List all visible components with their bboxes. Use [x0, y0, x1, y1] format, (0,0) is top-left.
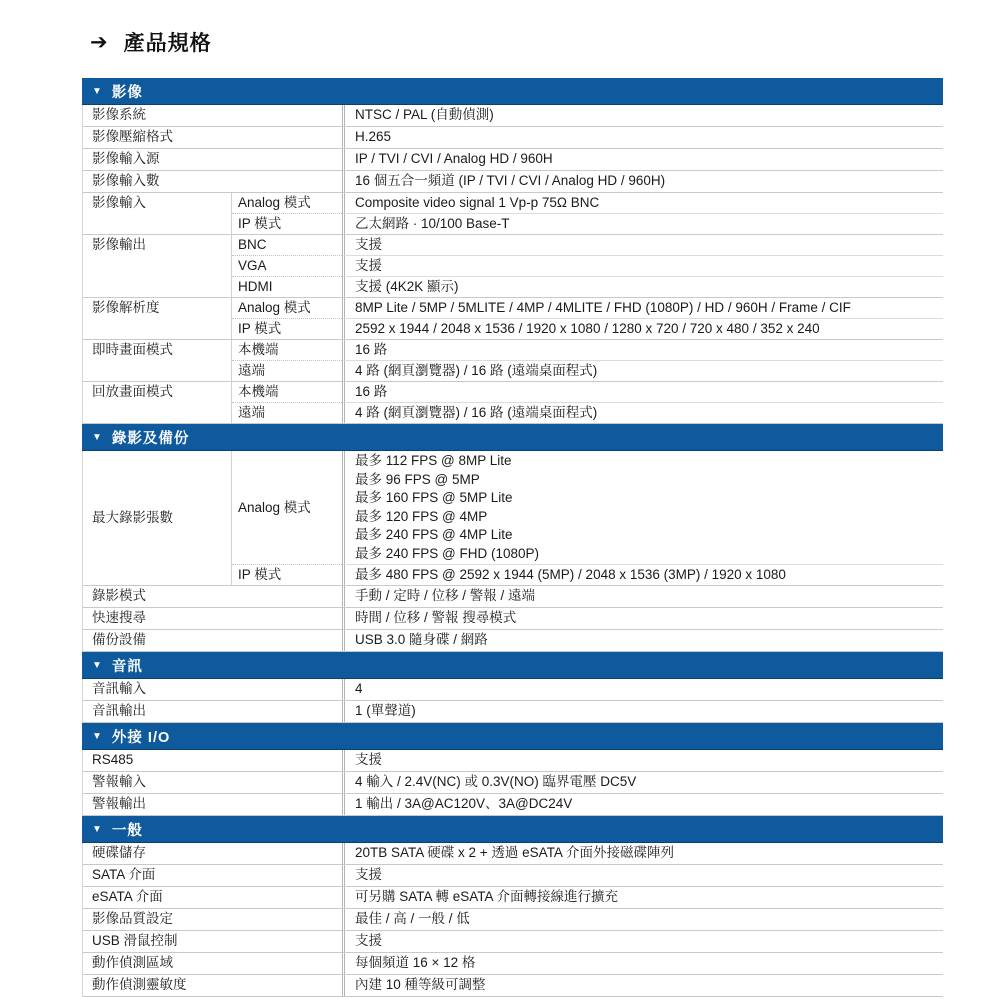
section-header: ▼ 一般 [82, 816, 943, 843]
spec-value: 可另購 SATA 轉 eSATA 介面轉接線進行擴充 [342, 887, 943, 908]
section-rows: RS485 支援 警報輸入 4 輸入 / 2.4V(NC) 或 0.3V(NO)… [82, 750, 943, 816]
fps-line: 最多 96 FPS @ 5MP [355, 471, 943, 490]
spec-subrow: BNC 支援 [232, 235, 943, 255]
spec-label: eSATA 介面 [83, 887, 342, 908]
table-row: 影像解析度 Analog 模式 8MP Lite / 5MP / 5MLITE … [83, 298, 943, 340]
spec-subrow: IP 模式 2592 x 1944 / 2048 x 1536 / 1920 x… [232, 318, 943, 339]
table-row: 即時畫面模式 本機端 16 路 遠端 4 路 (網頁瀏覽器) / 16 路 (遠… [83, 340, 943, 382]
section-header: ▼ 外接 I/O [82, 723, 943, 750]
section-title: 音訊 [112, 655, 143, 676]
fps-line: 最多 112 FPS @ 8MP Lite [355, 452, 943, 471]
spec-label: 警報輸出 [83, 794, 342, 815]
spec-label: 影像壓縮格式 [83, 127, 342, 148]
spec-label: 音訊輸出 [83, 701, 342, 722]
spec-sublabel: VGA [232, 255, 342, 276]
spec-sublabel: IP 模式 [232, 213, 342, 234]
spec-value: 4 路 (網頁瀏覽器) / 16 路 (遠端桌面程式) [342, 360, 943, 381]
spec-label: 備份設備 [83, 630, 342, 651]
spec-value: 時間 / 位移 / 警報 搜尋模式 [342, 608, 943, 629]
spec-subrows: Analog 模式 Composite video signal 1 Vp-p … [231, 193, 943, 234]
spec-sublabel: IP 模式 [232, 564, 342, 585]
spec-sublabel: IP 模式 [232, 318, 342, 339]
section-external-io: ▼ 外接 I/O RS485 支援 警報輸入 4 輸入 / 2.4V(NC) 或… [82, 723, 943, 816]
spec-subrow: 遠端 4 路 (網頁瀏覽器) / 16 路 (遠端桌面程式) [232, 402, 943, 423]
spec-value: NTSC / PAL (自動偵測) [342, 105, 943, 126]
spec-subrow: Analog 模式 最多 112 FPS @ 8MP Lite 最多 96 FP… [232, 451, 943, 564]
spec-label: 錄影模式 [83, 586, 342, 607]
spec-label: 影像品質設定 [83, 909, 342, 930]
section-title: 錄影及備份 [112, 427, 190, 448]
spec-value: 4 輸入 / 2.4V(NC) 或 0.3V(NO) 臨界電壓 DC5V [342, 772, 943, 793]
table-row: 動作偵測區域 每個頻道 16 × 12 格 [83, 953, 943, 975]
spec-label: SATA 介面 [83, 865, 342, 886]
spec-label: 回放畫面模式 [83, 382, 231, 423]
fps-line: 最多 240 FPS @ 4MP Lite [355, 526, 943, 545]
spec-sublabel: Analog 模式 [232, 451, 342, 564]
section-rows: 音訊輸入 4 音訊輸出 1 (單聲道) [82, 679, 943, 723]
page-title-row: ➔ 產品規格 [90, 27, 943, 57]
spec-value: 4 [342, 679, 943, 700]
table-row: RS485 支援 [83, 750, 943, 772]
spec-label: 動作偵測區域 [83, 953, 342, 974]
spec-value: USB 3.0 隨身碟 / 網路 [342, 630, 943, 651]
section-video: ▼ 影像 影像系統 NTSC / PAL (自動偵測) 影像壓縮格式 H.265… [82, 78, 943, 424]
section-recording: ▼ 錄影及備份 最大錄影張數 Analog 模式 最多 112 FPS @ 8M… [82, 424, 943, 652]
spec-page: ➔ 產品規格 ▼ 影像 影像系統 NTSC / PAL (自動偵測) 影像壓縮格… [82, 0, 943, 997]
spec-sublabel: 本機端 [232, 340, 342, 360]
triangle-down-icon: ▼ [92, 86, 102, 97]
spec-subrow: HDMI 支援 (4K2K 顯示) [232, 276, 943, 297]
spec-value: 1 輸出 / 3A@AC120V、3A@DC24V [342, 794, 943, 815]
spec-subrow: IP 模式 乙太網路 · 10/100 Base-T [232, 213, 943, 234]
table-row: 影像輸入源 IP / TVI / CVI / Analog HD / 960H [83, 149, 943, 171]
section-title: 一般 [112, 819, 143, 840]
spec-sublabel: Analog 模式 [232, 193, 342, 213]
section-title: 影像 [112, 81, 143, 102]
spec-value: 16 路 [342, 340, 943, 360]
spec-subrow: 本機端 16 路 [232, 340, 943, 360]
table-row: SATA 介面 支援 [83, 865, 943, 887]
spec-value: 1 (單聲道) [342, 701, 943, 722]
table-row: 影像輸入數 16 個五合一頻道 (IP / TVI / CVI / Analog… [83, 171, 943, 193]
table-row: 備份設備 USB 3.0 隨身碟 / 網路 [83, 630, 943, 652]
spec-subrow: IP 模式 最多 480 FPS @ 2592 x 1944 (5MP) / 2… [232, 564, 943, 585]
spec-sublabel: 遠端 [232, 402, 342, 423]
spec-value: 最多 480 FPS @ 2592 x 1944 (5MP) / 2048 x … [342, 564, 943, 585]
spec-subrows: 本機端 16 路 遠端 4 路 (網頁瀏覽器) / 16 路 (遠端桌面程式) [231, 340, 943, 381]
section-general: ▼ 一般 硬碟儲存 20TB SATA 硬碟 x 2 + 透過 eSATA 介面… [82, 816, 943, 997]
spec-subrows: Analog 模式 最多 112 FPS @ 8MP Lite 最多 96 FP… [231, 451, 943, 585]
table-row: 警報輸入 4 輸入 / 2.4V(NC) 或 0.3V(NO) 臨界電壓 DC5… [83, 772, 943, 794]
table-row: 音訊輸入 4 [83, 679, 943, 701]
spec-value: 16 個五合一頻道 (IP / TVI / CVI / Analog HD / … [342, 171, 943, 192]
spec-sublabel: Analog 模式 [232, 298, 342, 318]
section-rows: 影像系統 NTSC / PAL (自動偵測) 影像壓縮格式 H.265 影像輸入… [82, 105, 943, 424]
triangle-down-icon: ▼ [92, 824, 102, 835]
spec-sublabel: HDMI [232, 276, 342, 297]
table-row: 動作偵測靈敏度 內建 10 種等級可調整 [83, 975, 943, 997]
spec-label: 警報輸入 [83, 772, 342, 793]
spec-value: 支援 [342, 865, 943, 886]
section-header: ▼ 影像 [82, 78, 943, 105]
spec-subrow: 本機端 16 路 [232, 382, 943, 402]
table-row: 最大錄影張數 Analog 模式 最多 112 FPS @ 8MP Lite 最… [83, 451, 943, 586]
spec-subrow: Analog 模式 Composite video signal 1 Vp-p … [232, 193, 943, 213]
spec-value: 每個頻道 16 × 12 格 [342, 953, 943, 974]
spec-label: 影像解析度 [83, 298, 231, 339]
section-header: ▼ 錄影及備份 [82, 424, 943, 451]
spec-value: 支援 [342, 235, 943, 255]
spec-sublabel: 遠端 [232, 360, 342, 381]
spec-subrows: BNC 支援 VGA 支援 HDMI 支援 (4K2K 顯示) [231, 235, 943, 297]
spec-label: 最大錄影張數 [83, 451, 231, 585]
spec-label: 影像輸出 [83, 235, 231, 297]
spec-subrow: 遠端 4 路 (網頁瀏覽器) / 16 路 (遠端桌面程式) [232, 360, 943, 381]
spec-value: IP / TVI / CVI / Analog HD / 960H [342, 149, 943, 170]
table-row: 回放畫面模式 本機端 16 路 遠端 4 路 (網頁瀏覽器) / 16 路 (遠… [83, 382, 943, 424]
spec-value: 8MP Lite / 5MP / 5MLITE / 4MP / 4MLITE /… [342, 298, 943, 318]
table-row: 影像輸入 Analog 模式 Composite video signal 1 … [83, 193, 943, 235]
spec-value: 支援 [342, 750, 943, 771]
spec-label: 快速搜尋 [83, 608, 342, 629]
spec-value: 支援 [342, 931, 943, 952]
spec-value: 4 路 (網頁瀏覽器) / 16 路 (遠端桌面程式) [342, 402, 943, 423]
spec-value: 手動 / 定時 / 位移 / 警報 / 遠端 [342, 586, 943, 607]
fps-line: 最多 240 FPS @ FHD (1080P) [355, 545, 943, 564]
spec-label: 即時畫面模式 [83, 340, 231, 381]
spec-label: 影像輸入源 [83, 149, 342, 170]
spec-label: 影像輸入數 [83, 171, 342, 192]
spec-value-multiline: 最多 112 FPS @ 8MP Lite 最多 96 FPS @ 5MP 最多… [342, 451, 943, 564]
section-rows: 最大錄影張數 Analog 模式 最多 112 FPS @ 8MP Lite 最… [82, 451, 943, 652]
spec-label: 動作偵測靈敏度 [83, 975, 342, 996]
spec-value: Composite video signal 1 Vp-p 75Ω BNC [342, 193, 943, 213]
spec-label: 影像系統 [83, 105, 342, 126]
section-header: ▼ 音訊 [82, 652, 943, 679]
spec-sublabel: 本機端 [232, 382, 342, 402]
table-row: 影像壓縮格式 H.265 [83, 127, 943, 149]
spec-value: 2592 x 1944 / 2048 x 1536 / 1920 x 1080 … [342, 318, 943, 339]
table-row: eSATA 介面 可另購 SATA 轉 eSATA 介面轉接線進行擴充 [83, 887, 943, 909]
table-row: 影像系統 NTSC / PAL (自動偵測) [83, 105, 943, 127]
table-row: 影像品質設定 最佳 / 高 / 一般 / 低 [83, 909, 943, 931]
section-title: 外接 I/O [112, 726, 170, 747]
spec-label: RS485 [83, 750, 342, 771]
fps-line: 最多 160 FPS @ 5MP Lite [355, 489, 943, 508]
table-row: 硬碟儲存 20TB SATA 硬碟 x 2 + 透過 eSATA 介面外接磁碟陣… [83, 843, 943, 865]
table-row: 快速搜尋 時間 / 位移 / 警報 搜尋模式 [83, 608, 943, 630]
table-row: 警報輸出 1 輸出 / 3A@AC120V、3A@DC24V [83, 794, 943, 816]
spec-value: 支援 [342, 255, 943, 276]
spec-value: H.265 [342, 127, 943, 148]
section-audio: ▼ 音訊 音訊輸入 4 音訊輸出 1 (單聲道) [82, 652, 943, 723]
table-row: 錄影模式 手動 / 定時 / 位移 / 警報 / 遠端 [83, 586, 943, 608]
triangle-down-icon: ▼ [92, 432, 102, 443]
spec-label: 影像輸入 [83, 193, 231, 234]
table-row: USB 滑鼠控制 支援 [83, 931, 943, 953]
spec-label: USB 滑鼠控制 [83, 931, 342, 952]
spec-subrows: Analog 模式 8MP Lite / 5MP / 5MLITE / 4MP … [231, 298, 943, 339]
spec-value: 20TB SATA 硬碟 x 2 + 透過 eSATA 介面外接磁碟陣列 [342, 843, 943, 864]
spec-value: 內建 10 種等級可調整 [342, 975, 943, 996]
page-title: 產品規格 [124, 27, 212, 57]
spec-value: 乙太網路 · 10/100 Base-T [342, 213, 943, 234]
spec-label: 音訊輸入 [83, 679, 342, 700]
spec-subrow: VGA 支援 [232, 255, 943, 276]
spec-value: 支援 (4K2K 顯示) [342, 276, 943, 297]
spec-value: 16 路 [342, 382, 943, 402]
spec-value: 最佳 / 高 / 一般 / 低 [342, 909, 943, 930]
triangle-down-icon: ▼ [92, 660, 102, 671]
triangle-down-icon: ▼ [92, 731, 102, 742]
spec-subrow: Analog 模式 8MP Lite / 5MP / 5MLITE / 4MP … [232, 298, 943, 318]
spec-label: 硬碟儲存 [83, 843, 342, 864]
section-rows: 硬碟儲存 20TB SATA 硬碟 x 2 + 透過 eSATA 介面外接磁碟陣… [82, 843, 943, 997]
fps-line: 最多 120 FPS @ 4MP [355, 508, 943, 527]
table-row: 影像輸出 BNC 支援 VGA 支援 HDMI 支援 (4K2K 顯示) [83, 235, 943, 298]
table-row: 音訊輸出 1 (單聲道) [83, 701, 943, 723]
spec-sublabel: BNC [232, 235, 342, 255]
spec-subrows: 本機端 16 路 遠端 4 路 (網頁瀏覽器) / 16 路 (遠端桌面程式) [231, 382, 943, 423]
arrow-right-icon: ➔ [90, 30, 108, 55]
